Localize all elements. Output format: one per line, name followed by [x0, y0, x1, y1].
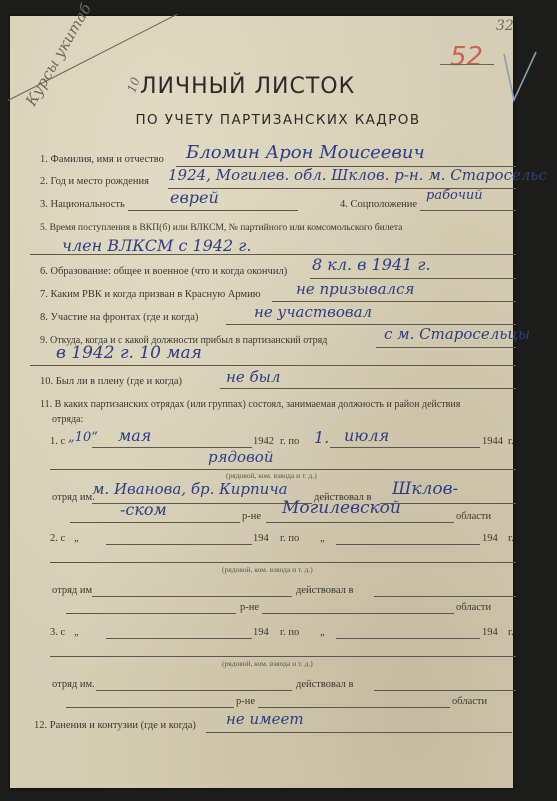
entry-2-unit-label: отряд им — [52, 585, 92, 596]
entry-2-year-from: 194 — [253, 533, 269, 544]
field-7-line — [272, 301, 516, 302]
entry-2-unit-line — [92, 596, 292, 597]
entry-3-year-to: 194 — [482, 627, 498, 638]
entry-1-num: 1. с — [50, 436, 65, 447]
field-12-label: 12. Ранения и контузии (где и когда) — [34, 720, 196, 731]
pencil-page-number: 32 — [496, 18, 514, 34]
entry-2-position-line — [50, 562, 516, 563]
check-mark-icon — [500, 48, 540, 104]
entry-2-from-line — [106, 544, 252, 545]
page-title: ЛИЧНЫЙ ЛИСТОК — [140, 74, 420, 99]
entry-1-unit-label: отряд им. — [52, 492, 95, 503]
entry-1-rayon-label: р-не — [242, 511, 261, 522]
field-11-label: 11. В каких партизанских отрядах (или гр… — [40, 399, 460, 410]
field-7-value: не призывался — [296, 280, 414, 298]
entry-1-month-to: июля — [344, 426, 389, 445]
entry-3-position-line — [50, 656, 516, 657]
entry-2-num: 2. с — [50, 533, 65, 544]
entry-3-district-line — [374, 690, 516, 691]
field-3-label: 3. Национальность — [40, 199, 125, 210]
entry-3-acted-label: действовал в — [296, 679, 353, 690]
field-1-value: Бломин Арон Моисеевич — [186, 142, 425, 163]
field-7-label: 7. Каким РВК и когда призван в Красную А… — [40, 289, 261, 300]
entry-1-position: рядовой — [208, 448, 274, 466]
field-9-value: с м. Старосельцы — [384, 325, 530, 343]
field-9-line — [376, 347, 516, 348]
entry-3-day-to: „ — [320, 627, 325, 638]
entry-3-num: 3. с — [50, 627, 65, 638]
field-8-value: не участвовал — [254, 303, 372, 321]
field-10-value: не был — [226, 368, 280, 386]
entry-3-to-line — [336, 638, 480, 639]
entry-3-year-suffix: г. по — [280, 627, 299, 638]
entry-1-rayon-line — [70, 522, 240, 523]
entry-1-district: Шклов- — [392, 479, 458, 499]
field-8-label: 8. Участие на фронтах (где и когда) — [40, 312, 198, 323]
field-4-value: рабочий — [426, 188, 483, 203]
entry-1-position-hint: (рядовой, ком. взвода и т. д.) — [226, 471, 317, 480]
field-10-label: 10. Был ли в плену (где и когда) — [40, 376, 182, 387]
entry-1-day-from: „10“ — [68, 430, 98, 445]
entry-1-year-to-suffix: г. — [508, 436, 514, 447]
field-11-label-cont: отряда: — [52, 414, 83, 425]
entry-1-oblast: Могилевской — [282, 498, 401, 518]
field-2-label: 2. Год и место рождения — [40, 176, 149, 187]
entry-1-year-to: 1944 — [482, 436, 503, 447]
entry-1-district-cont: -ском — [120, 500, 167, 519]
entry-3-day-from: „ — [74, 627, 79, 638]
entry-2-oblast-label: области — [456, 602, 491, 613]
field-3-value: еврей — [170, 188, 219, 207]
entry-2-rayon-label: р-не — [240, 602, 259, 613]
field-3-line — [128, 210, 298, 211]
entry-2-year-to: 194 — [482, 533, 498, 544]
field-4-line — [420, 210, 516, 211]
field-12-line — [206, 732, 512, 733]
field-1-label: 1. Фамилия, имя и отчество — [40, 154, 164, 165]
entry-2-to-line — [336, 544, 480, 545]
field-12-value: не имеет — [226, 710, 304, 728]
entry-2-day-to: „ — [320, 533, 325, 544]
entry-2-oblast-line — [262, 613, 454, 614]
entry-2-year-to-suffix: г. — [508, 533, 514, 544]
entry-1-position-line — [50, 469, 516, 470]
entry-3-unit-label: отряд им. — [52, 679, 95, 690]
entry-3-position-hint: (рядовой, ком. взвода и т. д.) — [222, 659, 313, 668]
entry-1-year-from: 1942 — [253, 436, 274, 447]
entry-3-year-from: 194 — [253, 627, 269, 638]
strike-line — [440, 64, 494, 65]
entry-2-year-suffix: г. по — [280, 533, 299, 544]
entry-3-unit-line — [96, 690, 292, 691]
entry-3-rayon-label: р-не — [236, 696, 255, 707]
entry-1-to-line — [330, 447, 480, 448]
entry-3-year-to-suffix: г. — [508, 627, 514, 638]
page-subtitle: ПО УЧЕТУ ПАРТИЗАНСКИХ КАДРОВ — [68, 112, 488, 128]
field-6-label: 6. Образование: общее и военное (что и к… — [40, 266, 287, 277]
field-5-value: член ВЛКСМ с 1942 г. — [62, 236, 251, 255]
entry-1-oblast-label: области — [456, 511, 491, 522]
field-9-line-2 — [30, 365, 516, 366]
field-9-value-cont: в 1942 г. 10 мая — [56, 343, 202, 363]
field-6-value: 8 кл. в 1941 г. — [312, 255, 431, 274]
entry-2-acted-label: действовал в — [296, 585, 353, 596]
red-page-number: 52 — [450, 42, 483, 72]
entry-3-from-line — [106, 638, 252, 639]
entry-1-day-to: 1. — [314, 428, 329, 447]
entry-2-rayon-line — [66, 613, 236, 614]
entry-1-year-suffix: г. по — [280, 436, 299, 447]
entry-2-position-hint: (рядовой, ком. взвода и т. д.) — [222, 565, 313, 574]
entry-1-oblast-line — [266, 522, 454, 523]
entry-2-day-from: „ — [74, 533, 79, 544]
field-5-label: 5. Время поступления в ВКП(б) или ВЛКСМ,… — [40, 222, 402, 233]
entry-2-district-line — [374, 596, 516, 597]
entry-1-month-from: мая — [118, 426, 151, 445]
entry-3-oblast-label: области — [452, 696, 487, 707]
entry-1-unit: м. Иванова, бр. Кирпича — [92, 480, 288, 498]
entry-3-rayon-line — [66, 707, 234, 708]
field-2-value: 1924, Могилев. обл. Шклов. р-н. м. Старо… — [168, 166, 547, 184]
field-10-line — [220, 388, 516, 389]
entry-3-oblast-line — [258, 707, 450, 708]
field-4-label: 4. Соцположение — [340, 199, 417, 210]
field-6-line — [310, 278, 516, 279]
